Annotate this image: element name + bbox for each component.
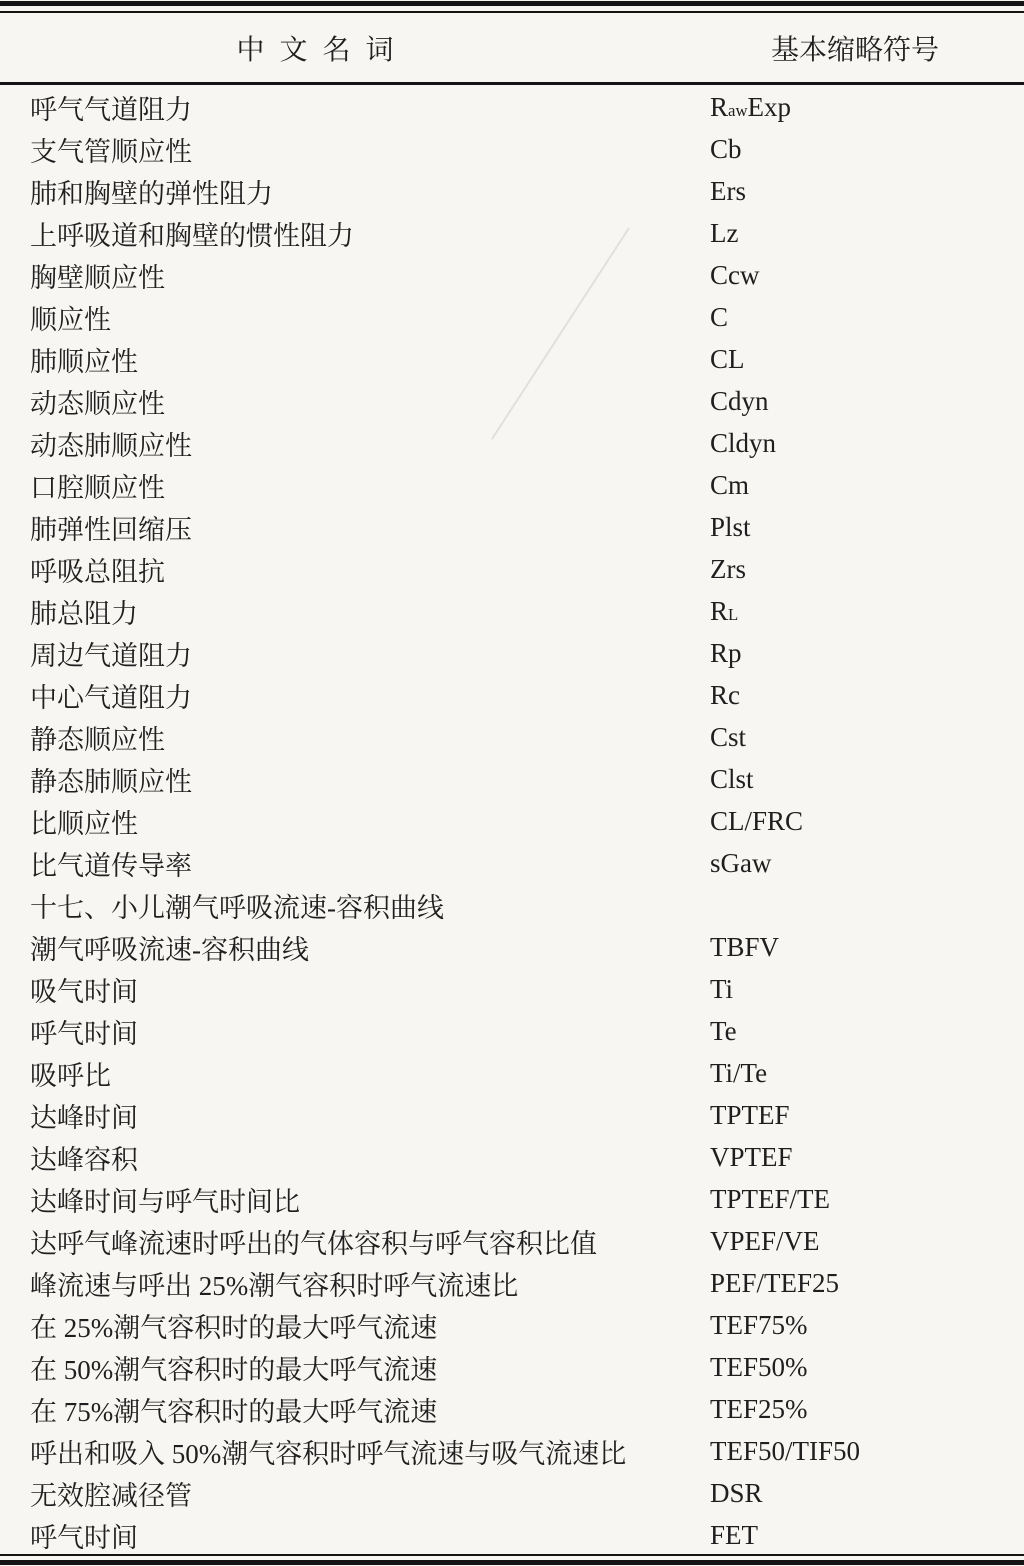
term-cell: 在 25%潮气容积时的最大呼气流速	[30, 1304, 437, 1346]
abbreviation-cell: CL	[710, 338, 745, 380]
table-row: 在 50%潮气容积时的最大呼气流速TEF50%	[0, 1346, 1024, 1388]
abbreviation-cell: PEF/TEF25	[710, 1262, 839, 1304]
abbreviation-cell: Cdyn	[710, 380, 769, 422]
table-row: 周边气道阻力Rp	[0, 632, 1024, 674]
table-row: 静态肺顺应性Clst	[0, 758, 1024, 800]
table-row: 达峰时间与呼气时间比TPTEF/TE	[0, 1178, 1024, 1220]
column-header-chinese-term: 中 文 名 词	[180, 13, 450, 82]
term-cell: 静态顺应性	[30, 716, 165, 758]
table-row: 顺应性C	[0, 296, 1024, 338]
table-row: 比气道传导率sGaw	[0, 842, 1024, 884]
term-cell: 口腔顺应性	[30, 464, 165, 506]
abbreviation-cell: Ccw	[710, 254, 760, 296]
table-row: 呼气气道阻力RawExp	[0, 86, 1024, 128]
abbreviation-cell: TBFV	[710, 926, 779, 968]
table-row: 中心气道阻力Rc	[0, 674, 1024, 716]
abbreviation-cell: TEF50/TIF50	[710, 1430, 860, 1472]
abbreviation-cell: Clst	[710, 758, 754, 800]
table-row: 胸壁顺应性Ccw	[0, 254, 1024, 296]
abbreviation-cell: FET	[710, 1514, 758, 1556]
term-cell: 肺弹性回缩压	[30, 506, 192, 548]
table-row: 支气管顺应性Cb	[0, 128, 1024, 170]
abbreviation-cell: TEF75%	[710, 1304, 808, 1346]
table-row: 在 25%潮气容积时的最大呼气流速TEF75%	[0, 1304, 1024, 1346]
table-row: 在 75%潮气容积时的最大呼气流速TEF25%	[0, 1388, 1024, 1430]
term-cell: 静态肺顺应性	[30, 758, 192, 800]
abbreviation-cell: Cb	[710, 128, 742, 170]
column-header-abbreviation: 基本缩略符号	[710, 13, 1000, 82]
abbreviation-cell: C	[710, 296, 728, 338]
abbreviation-cell: TPTEF/TE	[710, 1178, 830, 1220]
section-title: 十七、小儿潮气呼吸流速-容积曲线	[30, 884, 444, 926]
abbreviation-cell: Ti	[710, 968, 733, 1010]
table-row: 峰流速与呼出 25%潮气容积时呼气流速比PEF/TEF25	[0, 1262, 1024, 1304]
abbreviation-cell: Zrs	[710, 548, 746, 590]
document-page: 中 文 名 词 基本缩略符号 呼气气道阻力RawExp支气管顺应性Cb肺和胸壁的…	[0, 0, 1024, 1566]
table-row: 达峰容积VPTEF	[0, 1136, 1024, 1178]
term-cell: 在 75%潮气容积时的最大呼气流速	[30, 1388, 437, 1430]
term-cell: 周边气道阻力	[30, 632, 192, 674]
term-cell: 上呼吸道和胸壁的惯性阻力	[30, 212, 354, 254]
abbreviation-cell: RL	[710, 590, 738, 632]
table-row: 肺和胸壁的弹性阻力Ers	[0, 170, 1024, 212]
term-cell: 比顺应性	[30, 800, 138, 842]
abbreviation-cell: Lz	[710, 212, 738, 254]
table-row: 静态顺应性Cst	[0, 716, 1024, 758]
top-rule-thick	[0, 1, 1024, 6]
abbreviation-cell: VPEF/VE	[710, 1220, 820, 1262]
abbreviation-cell: Te	[710, 1010, 737, 1052]
abbreviation-cell: CL/FRC	[710, 800, 803, 842]
term-cell: 呼出和吸入 50%潮气容积时呼气流速与吸气流速比	[30, 1430, 626, 1472]
term-cell: 达呼气峰流速时呼出的气体容积与呼气容积比值	[30, 1220, 597, 1262]
term-cell: 潮气呼吸流速-容积曲线	[30, 926, 309, 968]
table-row: 动态肺顺应性Cldyn	[0, 422, 1024, 464]
section-header-row: 十七、小儿潮气呼吸流速-容积曲线	[0, 884, 1024, 926]
abbreviation-cell: RawExp	[710, 86, 791, 128]
table-row: 达峰时间TPTEF	[0, 1094, 1024, 1136]
term-cell: 无效腔减径管	[30, 1472, 192, 1514]
bottom-rule-thick	[0, 1560, 1024, 1565]
term-cell: 胸壁顺应性	[30, 254, 165, 296]
term-cell: 支气管顺应性	[30, 128, 192, 170]
header-divider-rule	[0, 82, 1024, 85]
table-row: 肺总阻力RL	[0, 590, 1024, 632]
table-row: 比顺应性CL/FRC	[0, 800, 1024, 842]
abbreviation-cell: Rp	[710, 632, 742, 674]
table-body: 呼气气道阻力RawExp支气管顺应性Cb肺和胸壁的弹性阻力Ers上呼吸道和胸壁的…	[0, 86, 1024, 1556]
table-row: 肺弹性回缩压Plst	[0, 506, 1024, 548]
table-row: 呼吸总阻抗Zrs	[0, 548, 1024, 590]
term-cell: 肺顺应性	[30, 338, 138, 380]
table-row: 达呼气峰流速时呼出的气体容积与呼气容积比值VPEF/VE	[0, 1220, 1024, 1262]
term-cell: 顺应性	[30, 296, 111, 338]
term-cell: 峰流速与呼出 25%潮气容积时呼气流速比	[30, 1262, 518, 1304]
table-row: 吸气时间Ti	[0, 968, 1024, 1010]
abbreviation-cell: TPTEF	[710, 1094, 790, 1136]
term-cell: 达峰时间	[30, 1094, 138, 1136]
abbreviation-cell: DSR	[710, 1472, 763, 1514]
abbreviation-cell: Cm	[710, 464, 749, 506]
table-row: 口腔顺应性Cm	[0, 464, 1024, 506]
abbreviation-cell: VPTEF	[710, 1136, 793, 1178]
table-row: 上呼吸道和胸壁的惯性阻力Lz	[0, 212, 1024, 254]
abbreviation-cell: TEF25%	[710, 1388, 808, 1430]
table-row: 呼气时间FET	[0, 1514, 1024, 1556]
table-row: 潮气呼吸流速-容积曲线TBFV	[0, 926, 1024, 968]
term-cell: 比气道传导率	[30, 842, 192, 884]
abbreviation-cell: Ers	[710, 170, 746, 212]
term-cell: 达峰时间与呼气时间比	[30, 1178, 300, 1220]
term-cell: 呼气时间	[30, 1514, 138, 1556]
table-row: 动态顺应性Cdyn	[0, 380, 1024, 422]
abbreviation-cell: TEF50%	[710, 1346, 808, 1388]
abbreviation-cell: Plst	[710, 506, 751, 548]
abbreviation-cell: Rc	[710, 674, 740, 716]
term-cell: 呼气时间	[30, 1010, 138, 1052]
abbreviation-cell: Cldyn	[710, 422, 776, 464]
table-row: 无效腔减径管DSR	[0, 1472, 1024, 1514]
term-cell: 动态肺顺应性	[30, 422, 192, 464]
abbreviation-cell: Cst	[710, 716, 746, 758]
term-cell: 呼气气道阻力	[30, 86, 192, 128]
bottom-rule-thin	[0, 1554, 1024, 1556]
table-row: 吸呼比Ti/Te	[0, 1052, 1024, 1094]
term-cell: 中心气道阻力	[30, 674, 192, 716]
term-cell: 呼吸总阻抗	[30, 548, 165, 590]
table-row: 肺顺应性CL	[0, 338, 1024, 380]
table-row: 呼出和吸入 50%潮气容积时呼气流速与吸气流速比TEF50/TIF50	[0, 1430, 1024, 1472]
abbreviation-cell: Ti/Te	[710, 1052, 767, 1094]
table-header: 中 文 名 词 基本缩略符号	[0, 13, 1024, 82]
term-cell: 肺和胸壁的弹性阻力	[30, 170, 273, 212]
term-cell: 吸呼比	[30, 1052, 111, 1094]
term-cell: 肺总阻力	[30, 590, 138, 632]
term-cell: 动态顺应性	[30, 380, 165, 422]
term-cell: 吸气时间	[30, 968, 138, 1010]
abbreviation-cell: sGaw	[710, 842, 772, 884]
term-cell: 达峰容积	[30, 1136, 138, 1178]
term-cell: 在 50%潮气容积时的最大呼气流速	[30, 1346, 437, 1388]
table-row: 呼气时间Te	[0, 1010, 1024, 1052]
